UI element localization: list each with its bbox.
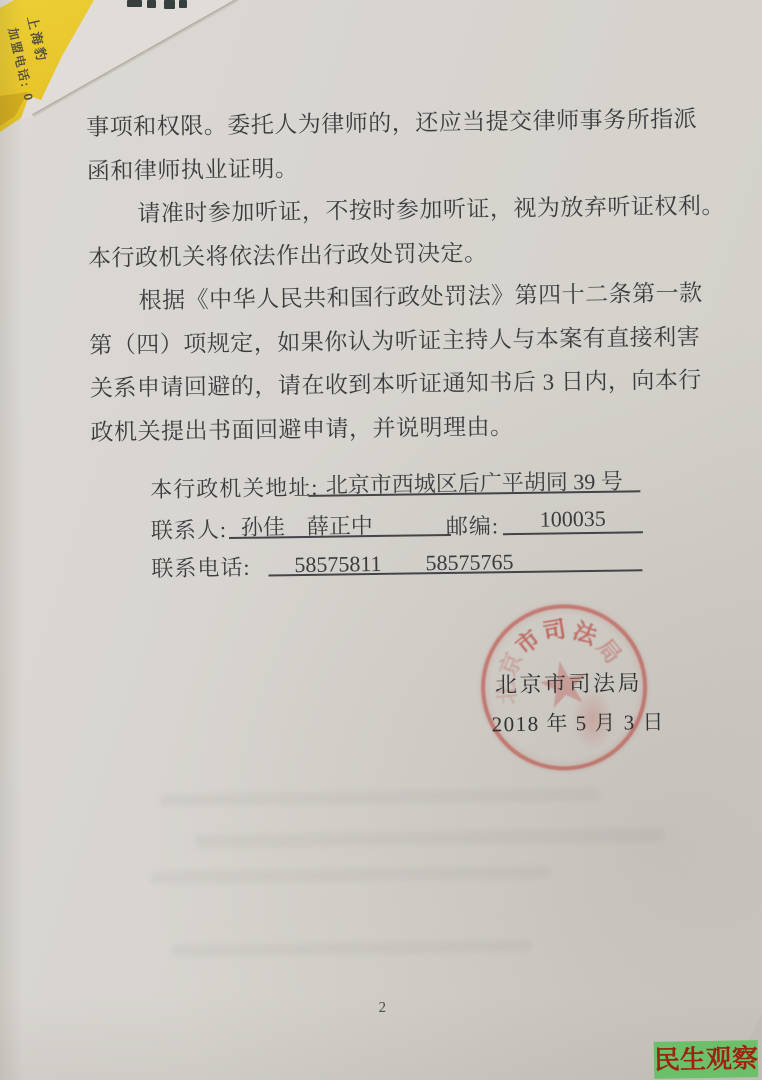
bleed-through-line xyxy=(160,788,600,807)
body-line: 政机关提出书面回避申请，并说明理由。 xyxy=(90,402,705,454)
contact-person-label: 联系人: xyxy=(151,513,228,545)
bleed-through-line xyxy=(151,866,551,885)
body-line: 关系申请回避的，请在收到本听证通知书后 3 日内，向本行 xyxy=(90,358,705,410)
body-line: 根据《中华人民共和国行政处罚法》第四十二条第一款 xyxy=(88,271,703,323)
postcode-label: 邮编: xyxy=(446,509,500,541)
body-line: 事项和权限。委托人为律师的，还应当提交律师事务所指派 xyxy=(86,97,701,149)
body-text: 事项和权限。委托人为律师的，还应当提交律师事务所指派 函和律师执业证明。 请准时… xyxy=(86,97,705,454)
issuing-authority: 北京市司法局 xyxy=(495,666,642,699)
bleed-through-line xyxy=(195,828,665,849)
seal-arc-char: 司 xyxy=(541,617,569,645)
postcode-value: 100035 xyxy=(503,505,643,535)
phone-value: 58575811 58575765 xyxy=(268,543,642,576)
body-line: 请准时参加听证，不按时参加听证，视为放弃听证权利。 xyxy=(87,184,702,236)
seal-arc-char: 局 xyxy=(592,635,626,669)
watermark-badge: 民生观察 xyxy=(654,1040,759,1079)
contact-person-value: 孙佳 薛正中 xyxy=(229,508,451,539)
page-content: 事项和权限。委托人为律师的，还应当提交律师事务所指派 函和律师执业证明。 请准时… xyxy=(0,0,762,1080)
address-value: 北京市西城区后广平胡同 39 号 xyxy=(308,464,640,497)
issue-date: 2018 年 5 月 3 日 xyxy=(491,706,665,738)
address-label: 本行政机关地址: xyxy=(150,471,319,504)
phone-label: 联系电话: xyxy=(151,551,251,583)
bleed-through-line xyxy=(172,940,532,957)
document-photo: 上海豹 加盟电话: 0 事项和权限。委托人为律师的，还应当提交律师事务所指派 函… xyxy=(0,0,762,1080)
page-number: 2 xyxy=(378,1000,386,1017)
